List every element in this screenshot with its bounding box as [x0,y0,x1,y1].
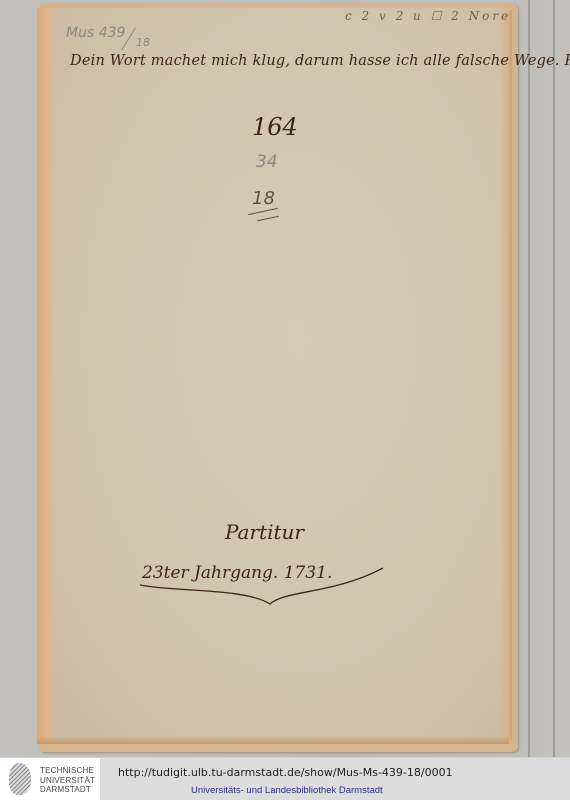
page-spine-edge [37,8,57,744]
tu-darmstadt-logo: TECHNISCHE UNIVERSITÄT DARMSTADT [0,758,100,800]
page-right-edge [500,10,512,740]
scanner-rail-right [553,0,555,757]
partitur-label: Partitur [225,520,304,544]
page-bottom-edge [37,736,509,744]
library-name-link[interactable]: Universitäts- und Landesbibliothek Darms… [191,785,383,796]
shelfmark: Mus 439 [66,25,125,41]
logo-line-3: DARMSTADT [40,785,95,795]
permalink-url[interactable]: http://tudigit.ulb.tu-darmstadt.de/show/… [118,766,453,779]
incipit-title: Dein Wort machet mich klug, darum hasse … [70,53,570,69]
scanner-rail-left [528,0,530,757]
shelfmark-sub: 18 [136,36,150,49]
top-edge-scrawl: c 2 v 2 u ☐ 2 Nore [345,9,511,23]
catalog-number-tertiary: 18 [252,188,275,209]
athena-head-icon [9,763,31,795]
catalog-number-primary: 164 [252,113,298,141]
calligraphic-flourish [135,560,395,610]
logo-line-1: TECHNISCHE [40,766,95,776]
viewer-footer: TECHNISCHE UNIVERSITÄT DARMSTADT http://… [0,757,570,800]
logo-line-2: UNIVERSITÄT [40,776,95,786]
logo-text: TECHNISCHE UNIVERSITÄT DARMSTADT [40,766,95,795]
catalog-number-secondary: 34 [256,152,278,172]
